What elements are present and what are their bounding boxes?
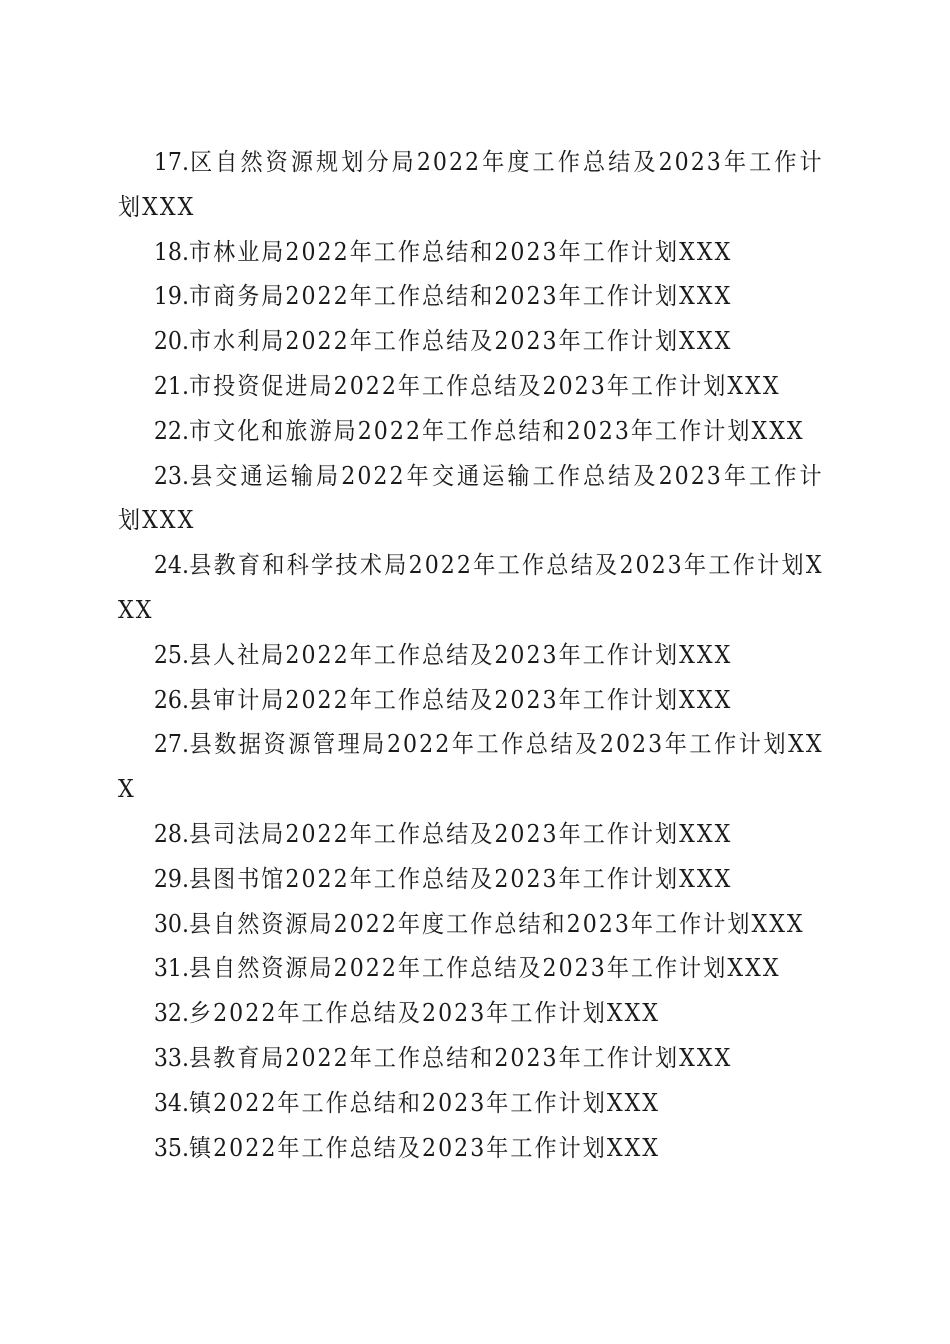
item-text: 县审计局2022年工作总结及2023年工作计划XXX bbox=[189, 686, 732, 714]
list-item-22: 22.市文化和旅游局2022年工作总结和2023年工作计划XXX bbox=[118, 409, 824, 454]
item-number: 29. bbox=[154, 865, 189, 893]
list-item-32: 32.乡2022年工作总结及2023年工作计划XXX bbox=[118, 991, 824, 1036]
list-item-25: 25.县人社局2022年工作总结及2023年工作计划XXX bbox=[118, 633, 824, 678]
item-number: 35. bbox=[154, 1134, 189, 1162]
item-number: 24. bbox=[154, 551, 189, 579]
item-number: 20. bbox=[154, 327, 189, 355]
item-number: 30. bbox=[154, 910, 189, 938]
list-item-31: 31.县自然资源局2022年工作总结及2023年工作计划XXX bbox=[118, 946, 824, 991]
list-item-26: 26.县审计局2022年工作总结及2023年工作计划XXX bbox=[118, 678, 824, 723]
list-item-19: 19.市商务局2022年工作总结和2023年工作计划XXX bbox=[118, 274, 824, 319]
item-text: 县人社局2022年工作总结及2023年工作计划XXX bbox=[189, 641, 732, 669]
item-number: 28. bbox=[154, 820, 189, 848]
item-text: 市文化和旅游局2022年工作总结和2023年工作计划XXX bbox=[189, 417, 805, 445]
item-text: 乡2022年工作总结及2023年工作计划XXX bbox=[189, 999, 660, 1027]
item-text: 镇2022年工作总结及2023年工作计划XXX bbox=[189, 1134, 660, 1162]
item-text: 县自然资源局2022年工作总结及2023年工作计划XXX bbox=[189, 954, 781, 982]
item-text: 区自然资源规划分局2022年度工作总结及2023年工作计划XXX bbox=[118, 148, 824, 221]
item-text: 市商务局2022年工作总结和2023年工作计划XXX bbox=[189, 282, 732, 310]
item-number: 19. bbox=[154, 282, 189, 310]
item-number: 34. bbox=[154, 1089, 189, 1117]
list-item-21: 21.市投资促进局2022年工作总结及2023年工作计划XXX bbox=[118, 364, 824, 409]
item-number: 33. bbox=[154, 1044, 189, 1072]
list-item-24: 24.县教育和科学技术局2022年工作总结及2023年工作计划XXX bbox=[118, 543, 824, 633]
list-item-33: 33.县教育局2022年工作总结和2023年工作计划XXX bbox=[118, 1036, 824, 1081]
item-number: 18. bbox=[154, 238, 189, 266]
list-item-18: 18.市林业局2022年工作总结和2023年工作计划XXX bbox=[118, 230, 824, 275]
item-number: 25. bbox=[154, 641, 189, 669]
list-item-23: 23.县交通运输局2022年交通运输工作总结及2023年工作计划XXX bbox=[118, 454, 824, 544]
item-text: 县教育和科学技术局2022年工作总结及2023年工作计划XXX bbox=[118, 551, 824, 624]
item-text: 县司法局2022年工作总结及2023年工作计划XXX bbox=[189, 820, 732, 848]
item-text: 县自然资源局2022年度工作总结和2023年工作计划XXX bbox=[189, 910, 805, 938]
list-item-27: 27.县数据资源管理局2022年工作总结及2023年工作计划XXX bbox=[118, 722, 824, 812]
item-text: 县图书馆2022年工作总结及2023年工作计划XXX bbox=[189, 865, 732, 893]
item-text: 镇2022年工作总结和2023年工作计划XXX bbox=[189, 1089, 660, 1117]
item-number: 22. bbox=[154, 417, 189, 445]
document-page: 17.区自然资源规划分局2022年度工作总结及2023年工作计划XXX 18.市… bbox=[118, 140, 824, 1170]
item-text: 县教育局2022年工作总结和2023年工作计划XXX bbox=[189, 1044, 732, 1072]
list-item-35: 35.镇2022年工作总结及2023年工作计划XXX bbox=[118, 1126, 824, 1171]
item-number: 31. bbox=[154, 954, 189, 982]
list-item-17: 17.区自然资源规划分局2022年度工作总结及2023年工作计划XXX bbox=[118, 140, 824, 230]
item-number: 27. bbox=[154, 730, 189, 758]
item-text: 市林业局2022年工作总结和2023年工作计划XXX bbox=[189, 238, 732, 266]
item-number: 23. bbox=[154, 462, 189, 490]
item-number: 17. bbox=[154, 148, 189, 176]
list-item-29: 29.县图书馆2022年工作总结及2023年工作计划XXX bbox=[118, 857, 824, 902]
list-item-28: 28.县司法局2022年工作总结及2023年工作计划XXX bbox=[118, 812, 824, 857]
item-text: 县交通运输局2022年交通运输工作总结及2023年工作计划XXX bbox=[118, 462, 824, 535]
item-number: 26. bbox=[154, 686, 189, 714]
list-item-34: 34.镇2022年工作总结和2023年工作计划XXX bbox=[118, 1081, 824, 1126]
item-text: 市投资促进局2022年工作总结及2023年工作计划XXX bbox=[189, 372, 781, 400]
item-text: 县数据资源管理局2022年工作总结及2023年工作计划XXX bbox=[118, 730, 824, 803]
item-number: 21. bbox=[154, 372, 189, 400]
list-item-30: 30.县自然资源局2022年度工作总结和2023年工作计划XXX bbox=[118, 902, 824, 947]
item-number: 32. bbox=[154, 999, 189, 1027]
item-text: 市水利局2022年工作总结及2023年工作计划XXX bbox=[189, 327, 732, 355]
list-item-20: 20.市水利局2022年工作总结及2023年工作计划XXX bbox=[118, 319, 824, 364]
